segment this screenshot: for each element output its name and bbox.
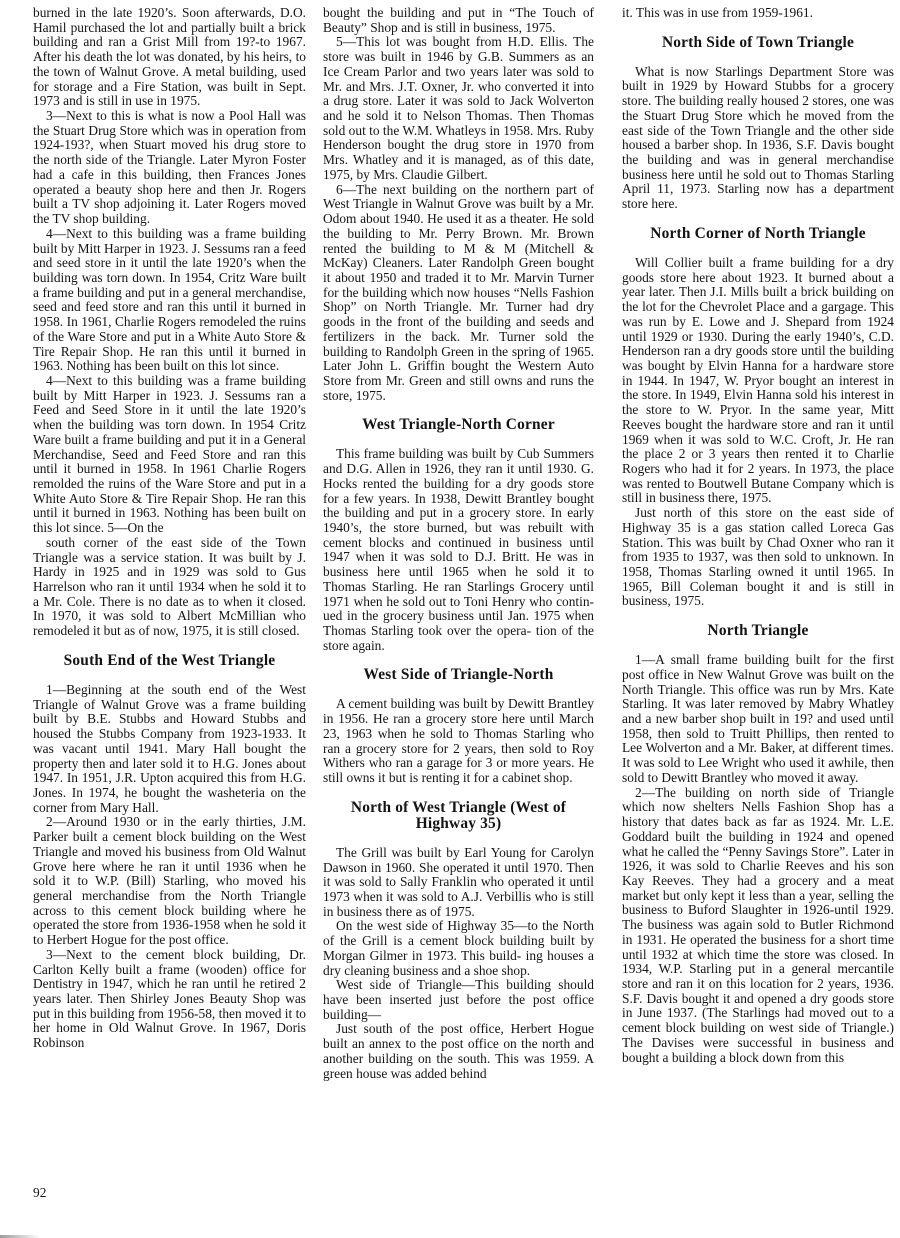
paragraph: south corner of the east side of the Tow…	[33, 536, 306, 639]
paragraph: 6—The next building on the northern part…	[323, 183, 594, 404]
paragraph: burned in the late 1920’s. Soon afterwar…	[33, 6, 306, 109]
section-heading: North Corner of North Triangle	[622, 226, 894, 242]
paragraph: 1—A small frame building built for the f…	[622, 653, 894, 785]
text-column-2: bought the building and put in “The Touc…	[323, 6, 594, 1081]
section-heading: North Triangle	[622, 623, 894, 639]
section-heading: West Triangle-North Corner	[323, 417, 594, 433]
text-column-1: burned in the late 1920’s. Soon afterwar…	[33, 6, 306, 1051]
paragraph: West side of Triangle—This building shou…	[323, 978, 594, 1022]
paragraph: A cement building was built by Dewitt Br…	[323, 697, 594, 785]
paragraph: 4—Next to this building was a frame buil…	[33, 374, 306, 536]
text-column-3: it. This was in use from 1959-1961.North…	[622, 6, 894, 1065]
page-number: 92	[33, 1185, 46, 1200]
paragraph: it. This was in use from 1959-1961.	[622, 6, 894, 21]
paragraph: Will Collier built a frame building for …	[622, 256, 894, 506]
paragraph: The Grill was built by Earl Young for Ca…	[323, 846, 594, 920]
paragraph: 3—Next to the cement block building, Dr.…	[33, 948, 306, 1051]
paragraph: 2—The building on north side of Triangle…	[622, 786, 894, 1066]
paragraph: This frame building was built by Cub Sum…	[323, 447, 594, 653]
paragraph: On the west side of Highway 35—to the No…	[323, 919, 594, 978]
section-heading: North of West Triangle (West of Highway …	[323, 800, 594, 832]
section-heading: South End of the West Triangle	[33, 653, 306, 669]
paragraph: 3—Next to this is what is now a Pool Hal…	[33, 109, 306, 227]
paragraph: 5—This lot was bought from H.D. Ellis. T…	[323, 35, 594, 182]
paragraph: 1—Beginning at the south end of the West…	[33, 683, 306, 815]
paragraph: 4—Next to this building was a frame buil…	[33, 227, 306, 374]
paragraph: Just south of the post office, Herbert H…	[323, 1022, 594, 1081]
paragraph: 2—Around 1930 or in the early thirties, …	[33, 815, 306, 947]
paragraph: bought the building and put in “The Touc…	[323, 6, 594, 35]
section-heading: West Side of Triangle-North	[323, 667, 594, 683]
paragraph: Just north of this store on the east sid…	[622, 506, 894, 609]
paragraph: What is now Starlings Department Store w…	[622, 65, 894, 212]
section-heading: North Side of Town Triangle	[622, 35, 894, 51]
